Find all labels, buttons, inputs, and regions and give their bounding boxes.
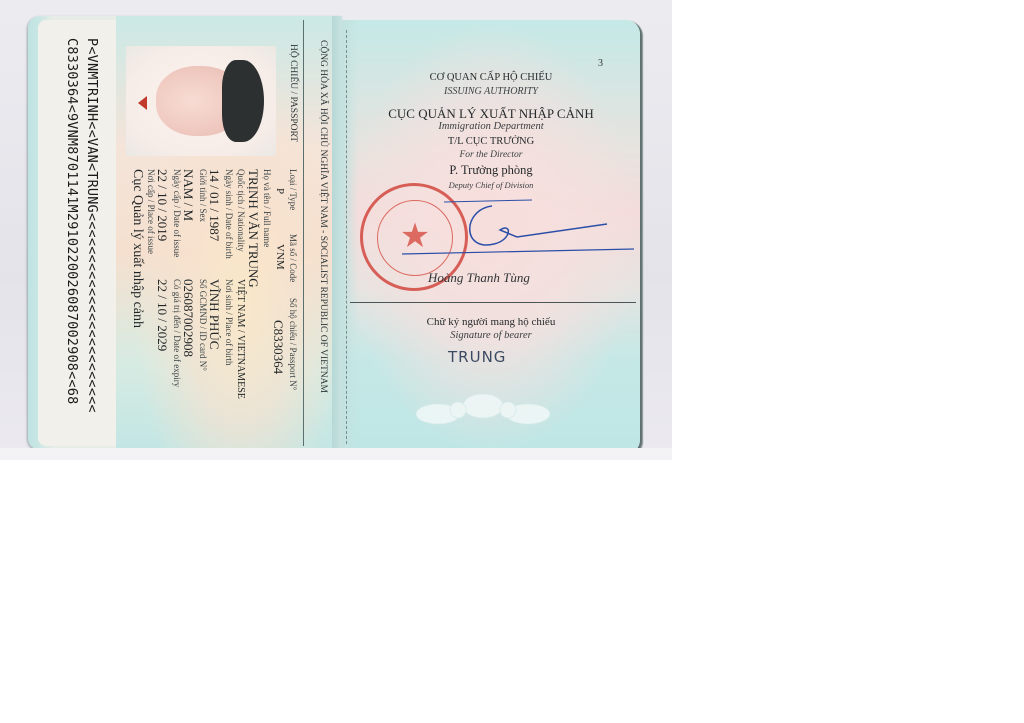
signatory-name: Hoàng Thanh Tùng [428,270,530,286]
type-value: P [274,188,286,194]
dob-label: Ngày sinh / Date of birth [224,169,234,259]
header-divider [303,20,304,446]
mrz-zone [38,20,128,446]
poi-value: Cục Quản lý xuất nhập cảnh [129,169,145,328]
doe-label: Có giá trị đến / Date of expiry [172,279,182,387]
full-name-label: Họ và tên / Full name [262,169,272,247]
passport-data-page: P<VNMTRINH<<VAN<TRUNG<<<<<<<<<<<<<<<<<<<… [28,16,342,450]
for-director-vi: T/L CỤC TRƯỞNG [342,136,640,147]
decorative-cloud-ornament [408,388,558,428]
passport-authority-page: 3 CƠ QUAN CẤP HỘ CHIẾU ISSUING AUTHORITY… [342,20,640,454]
holder-photo [126,46,276,156]
code-value: VNM [274,244,286,270]
code-label: Mã số / Code [288,234,298,282]
bearer-signature-label-en: Signature of bearer [342,330,640,341]
photo-hair [222,60,264,142]
signer-title-en: Deputy Chief of Division [342,180,640,190]
signature-divider [350,302,636,303]
department-vi: CỤC QUẢN LÝ XUẤT NHẬP CẢNH [342,106,640,122]
issuing-authority-en: ISSUING AUTHORITY [342,86,640,97]
department-en: Immigration Department [342,121,640,132]
dob-value: 14 / 01 / 1987 [206,169,222,241]
mrz-line-2: C8330364<9VNM8701141M2910220026087002908… [64,38,80,404]
sex-value: NAM / M [180,169,196,221]
signer-title-vi: P. Trưởng phòng [342,163,640,178]
nationality-label: Quốc tịch / Nationality [236,169,246,252]
full-name-value: TRỊNH VĂN TRUNG [245,169,261,288]
passport-no-value: C8330364 [270,320,286,374]
doc-header: HỘ CHIẾU / PASSPORT [288,44,298,142]
poi-label: Nơi cấp / Place of issue [146,169,156,254]
doi-label: Ngày cấp / Date of issue [172,169,182,257]
pob-label: Nơi sinh / Place of birth [224,279,234,366]
bearer-signature: TRUNG [448,348,506,366]
id-value: 026087002908 [180,279,196,357]
scan-bottom-edge [0,448,672,460]
photo-collar [138,96,147,110]
mrz-line-1: P<VNMTRINH<<VAN<TRUNG<<<<<<<<<<<<<<<<<<<… [84,38,100,413]
doe-value: 22 / 10 / 2029 [154,279,170,351]
nationality-value: VIỆT NAM / VIETNAMESE [235,279,246,399]
type-label: Loại / Type [288,169,298,210]
sex-label: Giới tính / Sex [198,169,208,222]
country-header: CỘNG HÒA XÃ HỘI CHỦ NGHĨA VIỆT NAM - SOC… [318,40,328,393]
for-director-en: For the Director [342,150,640,160]
passport-no-label: Số hộ chiếu / Passport N° [288,298,298,390]
page-number: 3 [598,58,603,69]
issuing-authority-vi: CƠ QUAN CẤP HỘ CHIẾU [342,72,640,83]
id-label: Số GCMND / ID card N° [198,279,208,371]
spine-edge [332,16,342,450]
bearer-signature-label-vi: Chữ ký người mang hộ chiếu [342,316,640,328]
scan-background: P<VNMTRINH<<VAN<TRUNG<<<<<<<<<<<<<<<<<<<… [0,0,672,460]
doi-value: 22 / 10 / 2019 [154,169,170,241]
official-signature [382,192,642,272]
pob-value: VĨNH PHÚC [206,279,222,349]
